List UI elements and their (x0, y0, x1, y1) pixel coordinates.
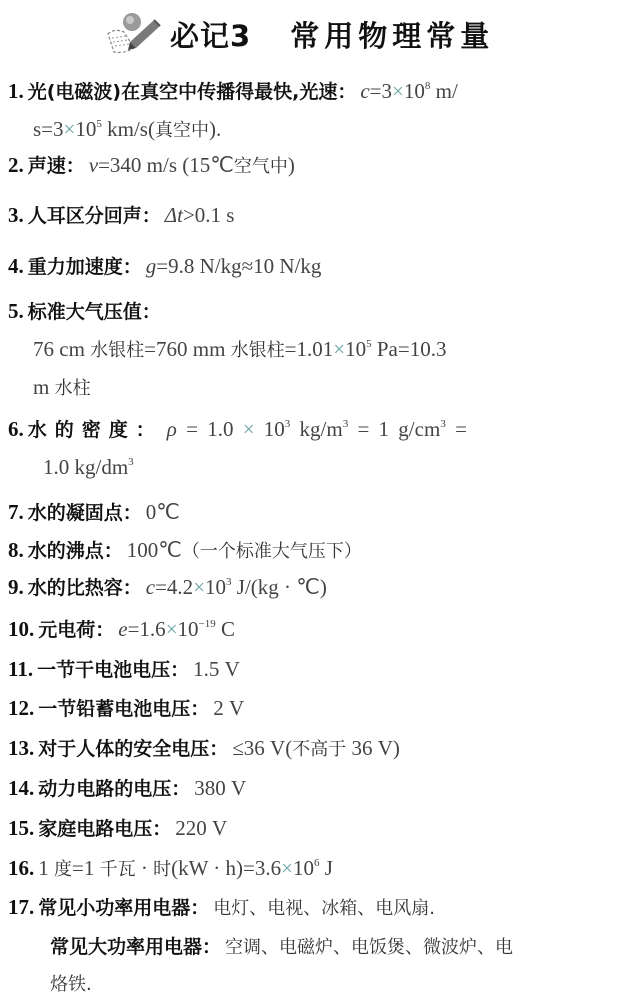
list-item-16: 16. 1 度=1 千瓦 · 时(kW · h)=3.6×106 J (8, 853, 333, 883)
list-item-6-cont: 1.0 kg/dm3 (43, 452, 134, 482)
list-item-7: 7. 水的凝固点： 0℃ (8, 497, 180, 527)
list-item-5: 5. 标准大气压值： (8, 296, 161, 326)
value: Δt>0.1 s (165, 203, 235, 227)
list-item-8: 8. 水的沸点： 100℃（一个标准大气压下） (8, 535, 362, 565)
value: 100℃（一个标准大气压下） (127, 538, 362, 562)
section-badge: 必记3 (170, 19, 251, 53)
list-item-17-cont: 烙铁. (50, 970, 92, 1000)
list-item-17: 17. 常见小功率用电器： 电灯、电视、冰箱、电风扇. (8, 892, 435, 922)
list-item-1-cont: s=3×105 km/s(真空中). (33, 114, 221, 144)
value: 220 V (175, 816, 227, 840)
list-item-1: 1. 光(电磁波)在真空中传播得最快,光速： c=3×108 m/ (8, 76, 458, 106)
value: g=9.8 N/kg≈10 N/kg (146, 254, 322, 278)
list-item-17-second: 常见大功率用电器： 空调、电磁炉、电饭煲、微波炉、电 (50, 932, 513, 962)
value: 1 度=1 千瓦 · 时(kW · h)=3.6×106 J (38, 856, 333, 880)
list-item-15: 15. 家庭电路电压： 220 V (8, 813, 227, 843)
section-topic: 常用物理常量 (290, 19, 494, 53)
value: 空调、电磁炉、电饭煲、微波炉、电 (225, 937, 513, 958)
value: 2 V (213, 696, 244, 720)
value: e=1.6×10−19 C (118, 617, 235, 641)
list-item-3: 3. 人耳区分回声： Δt>0.1 s (8, 200, 234, 230)
value: c=3×108 m/ (360, 79, 457, 103)
pencil-notes-icon (104, 8, 166, 60)
page-title: 必记3 常用物理常量 (170, 14, 494, 55)
list-item-12: 12. 一节铅蓄电池电压： 2 V (8, 693, 244, 723)
list-item-6: 6. 水的密度： ρ = 1.0 × 103 kg/m3 = 1 g/cm3 = (8, 414, 467, 444)
value: 电灯、电视、冰箱、电风扇. (213, 898, 435, 919)
list-item-4: 4. 重力加速度： g=9.8 N/kg≈10 N/kg (8, 251, 321, 281)
value: ≤36 V(不高于 36 V) (232, 736, 400, 760)
value: ρ = 1.0 × 103 kg/m3 = 1 g/cm3 = (167, 417, 467, 441)
list-item-5-value: 76 cm 水银柱=760 mm 水银柱=1.01×105 Pa=10.3 (33, 334, 446, 364)
section-header: 必记3 常用物理常量 (0, 6, 640, 62)
list-item-14: 14. 动力电路的电压： 380 V (8, 773, 246, 803)
list-item-11: 11. 一节干电池电压： 1.5 V (8, 654, 240, 684)
value: v=340 m/s (15℃空气中) (89, 153, 295, 177)
value: c=4.2×103 J/(kg · ℃) (146, 575, 327, 599)
list-item-13: 13. 对于人体的安全电压： ≤36 V(不高于 36 V) (8, 733, 400, 763)
list-item-5-cont: m 水柱 (33, 372, 91, 402)
list-item-2: 2. 声速： v=340 m/s (15℃空气中) (8, 150, 295, 180)
value: 1.5 V (193, 657, 240, 681)
value: 380 V (194, 776, 246, 800)
list-item-10: 10. 元电荷： e=1.6×10−19 C (8, 614, 235, 644)
value: 0℃ (146, 500, 180, 524)
list-item-9: 9. 水的比热容： c=4.2×103 J/(kg · ℃) (8, 572, 327, 602)
